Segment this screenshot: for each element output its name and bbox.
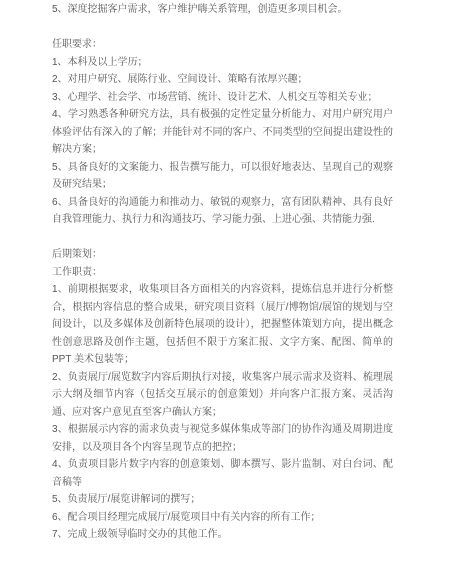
planning-heading: 后期策划： bbox=[52, 246, 393, 264]
requirement-item-6: 6、具备良好的沟通能力和推动力、敏锐的观察力，富有团队精神、具有良好自我管理能力… bbox=[52, 194, 393, 229]
requirement-item-5: 5、具备良好的文案能力、报告撰写能力，可以很好地表达、呈现自己的观察及研究结果； bbox=[52, 159, 393, 194]
requirement-item-2: 2、对用户研究、展陈行业、空间设计、策略有浓厚兴趣； bbox=[52, 71, 393, 89]
planning-section: 后期策划： 工作职责： 1、前期根据要求，收集项目各方面相关的内容资料，提炼信息… bbox=[52, 246, 393, 544]
requirements-section: 任职要求： 1、本科及以上学历； 2、对用户研究、展陈行业、空间设计、策略有浓厚… bbox=[52, 36, 393, 229]
duty-item-3: 3、根据展示内容的需求负责与视觉多媒体集成等部门的协作沟通及周期进度安排，以及项… bbox=[52, 421, 393, 456]
requirement-item-4: 4、学习熟悉各种研究方法，具有极强的定性定量分析能力、对用户研究用户体验评估有深… bbox=[52, 106, 393, 159]
requirement-item-3: 3、心理学、社会学、市场营销、统计、设计艺术、人机交互等相关专业； bbox=[52, 89, 393, 107]
duty-item-5: 5、负责展厅/展览讲解词的撰写； bbox=[52, 491, 393, 509]
requirements-heading: 任职要求： bbox=[52, 36, 393, 54]
duties-heading: 工作职责： bbox=[52, 264, 393, 282]
previous-section-tail: 5、深度挖掘客户需求，客户维护嗨关系管理，创造更多项目机会。 bbox=[52, 1, 393, 19]
intro-list-item: 5、深度挖掘客户需求，客户维护嗨关系管理，创造更多项目机会。 bbox=[52, 1, 393, 19]
duty-item-7: 7、完成上级领导临时交办的其他工作。 bbox=[52, 526, 393, 544]
duty-item-4: 4、负责项目影片数字内容的创意策划、脚本撰写、影片监制、对白台词、配音稿等 bbox=[52, 456, 393, 491]
requirement-item-1: 1、本科及以上学历； bbox=[52, 54, 393, 72]
job-description-document: 5、深度挖掘客户需求，客户维护嗨关系管理，创造更多项目机会。 任职要求： 1、本… bbox=[0, 0, 449, 582]
duty-item-6: 6、配合项目经理完成展厅/展览项目中有关内容的所有工作； bbox=[52, 509, 393, 527]
duty-item-1: 1、前期根据要求，收集项目各方面相关的内容资料，提炼信息并进行分析整合，根据内容… bbox=[52, 281, 393, 369]
duty-item-2: 2、负责展厅/展览数字内容后期执行对接，收集客户展示需求及资料、梳理展示大纲及细… bbox=[52, 369, 393, 422]
